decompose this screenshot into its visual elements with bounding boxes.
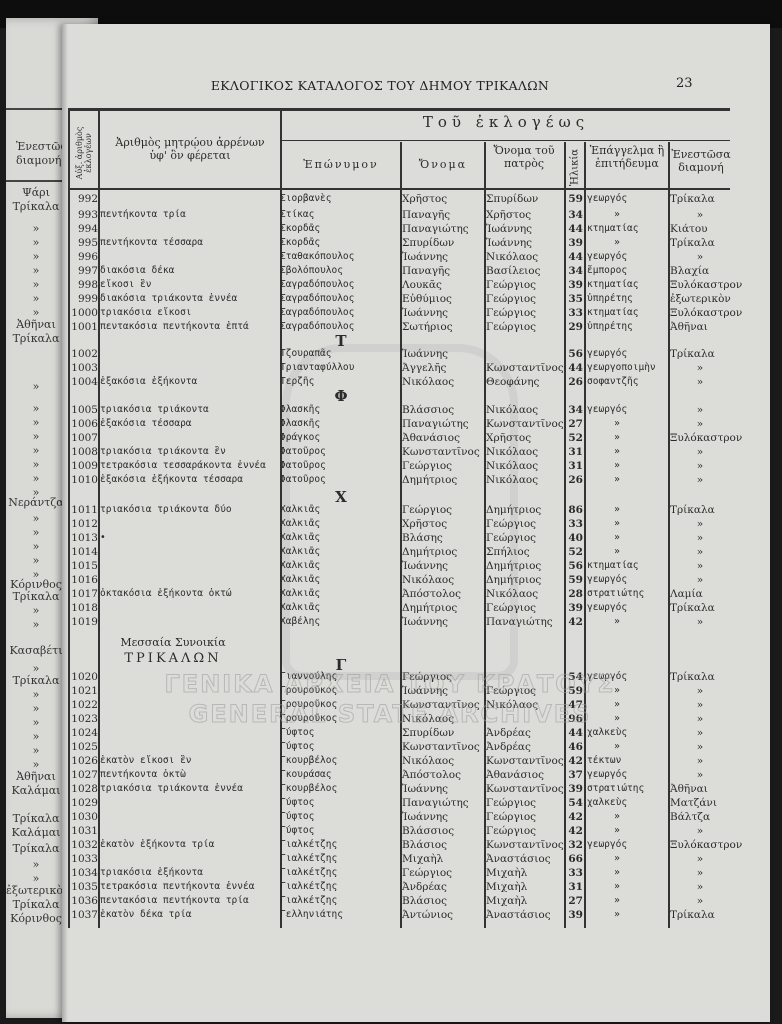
residence-cell: Ματζάνι [670, 796, 750, 810]
profession-cell: κτηματίας [587, 222, 667, 236]
archive-watermark-english: GENERAL STATE ARCHIVES [110, 700, 670, 728]
prev-residence-cell: » [6, 264, 66, 277]
age-cell: 33 [563, 517, 583, 531]
table-row: 1005τριακόσια τριάκονταΦλασκῆςΒλάσσιοςΝι… [62, 403, 770, 417]
surname-cell: Γελληνιάτης [280, 908, 398, 922]
serial-number: 1012 [68, 517, 98, 531]
surname-cell: Φατοῦρος [280, 473, 398, 487]
residence-cell: » [670, 726, 730, 740]
surname-cell: Φλασκῆς [280, 417, 398, 431]
residence-cell: » [670, 573, 730, 587]
residence-cell: Τρίκαλα [670, 670, 750, 684]
table-row: 1030ΓύφτοςἸωάννηςΓεώργιος42»Βάλτζα [62, 810, 770, 824]
father-name-header: Ὄνομα τοῦ πατρὸς [486, 144, 562, 170]
age-cell: 37 [563, 768, 583, 782]
residence-cell: Λαμία [670, 587, 750, 601]
surname-cell: Στίκας [280, 208, 398, 222]
surname-cell: Σιορβανὲς [280, 192, 398, 206]
table-row: 1011τριακόσια τριάκοντα δύοΧαλκιᾶςΓεώργι… [62, 503, 770, 517]
serial-number: 1013 [68, 531, 98, 545]
registry-number-words: πεντακόσια πεντήκοντα ἑπτά [100, 320, 300, 334]
prev-residence-cell: » [6, 416, 66, 429]
registry-number-words: πεντήκοντα τέσσαρα [100, 236, 300, 250]
surname-header: Ἐπώνυμον [282, 158, 400, 171]
age-cell: 56 [563, 347, 583, 361]
surname-cell: Γύφτος [280, 824, 398, 838]
age-cell: 42 [563, 615, 583, 629]
table-row: 1036πεντακόσια πεντήκοντα τρίαΓιαλκέτζης… [62, 894, 770, 908]
surname-cell: Σβολόπουλος [280, 264, 398, 278]
surname-cell: Χαλκιᾶς [280, 601, 398, 615]
profession-cell: γεωργός [587, 838, 667, 852]
surname-cell: Χαλκιᾶς [280, 587, 398, 601]
serial-number: 1023 [68, 712, 98, 726]
age-cell: 44 [563, 726, 583, 740]
serial-number: 997 [68, 264, 98, 278]
serial-number: 994 [68, 222, 98, 236]
age-cell: 86 [563, 503, 583, 517]
quarter-label: Μεσσαία Συνοικία [78, 636, 268, 650]
serial-number: 992 [68, 192, 98, 206]
registry-number-words: τριακόσια τριάκοντα δύο [100, 503, 300, 517]
residence-cell: » [670, 559, 730, 573]
age-cell: 39 [563, 782, 583, 796]
profession-cell: χαλκεὺς [587, 726, 667, 740]
profession-cell: » [587, 852, 647, 866]
age-cell: 44 [563, 222, 583, 236]
serial-number: 1016 [68, 573, 98, 587]
surname-cell: Σαγραδόπουλος [280, 292, 398, 306]
table-row: 1000τριακόσια εἴκοσιΣαγραδόπουλοςἸωάννης… [62, 306, 770, 320]
serial-number: 1036 [68, 894, 98, 908]
table-row: 1010ἑξακόσια ἑξήκοντα τέσσαραΦατοῦροςΔημ… [62, 473, 770, 487]
surname-cell: Τζουραπᾶς [280, 347, 398, 361]
registry-number-words: ἑκατὸν ἑξήκοντα τρία [100, 838, 300, 852]
residence-cell: » [670, 615, 730, 629]
age-cell: 52 [563, 545, 583, 559]
age-cell: 39 [563, 908, 583, 922]
surname-cell: Γιαλκέτζης [280, 838, 398, 852]
residence-cell: Τρίκαλα [670, 503, 750, 517]
serial-number: 1037 [68, 908, 98, 922]
profession-cell: γεωργοποιμὴν [587, 361, 667, 375]
page-number: 23 [676, 76, 693, 91]
serial-number: 1027 [68, 768, 98, 782]
prev-residence-cell: » [6, 292, 66, 305]
age-cell: 29 [563, 320, 583, 334]
age-cell: 31 [563, 880, 583, 894]
age-cell: 46 [563, 740, 583, 754]
profession-cell: γεωργός [587, 768, 667, 782]
prev-residence-cell: Τρίκαλα [6, 898, 66, 911]
age-cell: 66 [563, 852, 583, 866]
prev-residence-cell: Καλάμαι [6, 784, 66, 797]
profession-cell: γεωργός [587, 250, 667, 264]
serial-number: 1004 [68, 375, 98, 389]
surname-cell: Γκουρβέλος [280, 782, 398, 796]
age-cell: 42 [563, 824, 583, 838]
prev-residence-cell: » [6, 858, 66, 871]
serial-number-header-text: Αὐξ. ἀριθμὸς ἐκλογέων [75, 117, 93, 189]
residence-cell: » [670, 250, 730, 264]
residence-cell: » [670, 459, 730, 473]
surname-cell: Γιαλκέτζης [280, 880, 398, 894]
serial-number: 1032 [68, 838, 98, 852]
surname-cell: Φλασκῆς [280, 403, 398, 417]
table-row: 1002ΤζουραπᾶςἸωάννης56γεωργόςΤρίκαλα [62, 347, 770, 361]
surname-cell: Γύφτος [280, 726, 398, 740]
table-row: 1032ἑκατὸν ἑξήκοντα τρίαΓιαλκέτζηςΒλάσιο… [62, 838, 770, 852]
serial-number: 1003 [68, 361, 98, 375]
surname-cell: Σαγραδόπουλος [280, 306, 398, 320]
age-cell: 40 [563, 531, 583, 545]
profession-cell: ἔμπορος [587, 264, 667, 278]
table-row: 1029ΓύφτοςΠαναγιώτηςΓεώργιος54χαλκεὺςΜατ… [62, 796, 770, 810]
profession-cell: » [587, 417, 647, 431]
name-header: Ὄνομα [402, 158, 484, 171]
registry-number-words: ἑξακόσια ἑξήκοντα [100, 375, 300, 389]
serial-number: 995 [68, 236, 98, 250]
age-cell: 27 [563, 894, 583, 908]
prev-residence-cell: Νεράντζα [6, 496, 66, 509]
profession-cell: κτηματίας [587, 278, 667, 292]
prev-residence-cell: » [6, 702, 66, 715]
serial-number: 1011 [68, 503, 98, 517]
residence-cell: Ξυλόκαστρον [670, 278, 750, 292]
profession-cell: » [587, 236, 647, 250]
age-cell: 44 [563, 361, 583, 375]
residence-cell: » [670, 445, 730, 459]
age-cell: 44 [563, 250, 583, 264]
registry-number-header: Ἀριθμὸς μητρῴου ἀρρένων ὑφ' ὃν φέρεται [110, 136, 270, 162]
residence-cell: » [670, 740, 730, 754]
residence-cell: Τρίκαλα [670, 601, 750, 615]
serial-number: 1005 [68, 403, 98, 417]
registry-number-words: ἑκατὸν δέκα τρία [100, 908, 300, 922]
prev-residence-cell: Τρίκαλα [6, 200, 66, 213]
residence-cell: Τρίκαλα [670, 347, 750, 361]
serial-number: 1015 [68, 559, 98, 573]
surname-cell: Σταθακόπουλος [280, 250, 398, 264]
header-bottom-rule [68, 188, 730, 190]
age-cell: 31 [563, 459, 583, 473]
residence-cell: Ξυλόκαστρον [670, 306, 750, 320]
serial-number: 1009 [68, 459, 98, 473]
residence-cell: Ξυλόκαστρον [670, 431, 750, 445]
registry-number-words: διακόσια τριάκοντα ἐννέα [100, 292, 300, 306]
table-row: 1017ὀκτακόσια ἑξήκοντα ὀκτώΧαλκιᾶςἈπόστο… [62, 587, 770, 601]
serial-number: 1014 [68, 545, 98, 559]
table-row: 1007ΦράγκοςἈθανάσιοςΧρῆστος52»Ξυλόκαστρο… [62, 431, 770, 445]
residence-cell: » [670, 361, 730, 375]
table-row: 1008τριακόσια τριάκοντα ἓνΦατοῦροςΚωνστα… [62, 445, 770, 459]
registry-number-words: τριακόσια τριάκοντα [100, 403, 300, 417]
surname-cell: Γύφτος [280, 796, 398, 810]
surname-cell: Χαλκιᾶς [280, 573, 398, 587]
serial-number: 1021 [68, 684, 98, 698]
table-row: 1035τετρακόσια πεντήκοντα ἐννέαΓιαλκέτζη… [62, 880, 770, 894]
table-row: 1027πεντήκοντα ὀκτὼΓκουράσαςἈπόστολοςἈθα… [62, 768, 770, 782]
serial-number: 1029 [68, 796, 98, 810]
table-row: 1012ΧαλκιᾶςΧρῆστοςΓεώργιος33»» [62, 517, 770, 531]
table-row: 997διακόσια δέκαΣβολόπουλοςΠαναγῆςΒασίλε… [62, 264, 770, 278]
age-cell: 34 [563, 403, 583, 417]
header-top-rule [68, 108, 730, 111]
serial-number: 999 [68, 292, 98, 306]
age-cell: 59 [563, 573, 583, 587]
page-title: ΕΚΛΟΓΙΚΟΣ ΚΑΤΑΛΟΓΟΣ ΤΟΥ ΔΗΜΟΥ ΤΡΙΚΑΛΩΝ [160, 78, 600, 93]
serial-number: 1035 [68, 880, 98, 894]
residence-cell: » [670, 208, 730, 222]
profession-cell: κτηματίας [587, 559, 667, 573]
profession-cell: » [587, 908, 647, 922]
profession-cell: χαλκεὺς [587, 796, 667, 810]
profession-cell: » [587, 810, 647, 824]
table-row: 1037ἑκατὸν δέκα τρίαΓελληνιάτηςἈντώνιοςἈ… [62, 908, 770, 922]
table-row: 1026ἑκατὸν εἴκοσι ἓνΓκουρβέλοςΝικόλαοςΚω… [62, 754, 770, 768]
registry-number-words: τριακόσια τριάκοντα ἐννέα [100, 782, 300, 796]
serial-number: 1000 [68, 306, 98, 320]
profession-cell: » [587, 740, 647, 754]
residence-cell: » [670, 684, 730, 698]
prev-residence-cell: » [6, 472, 66, 485]
residence-cell: Κιάτου [670, 222, 750, 236]
surname-cell: Γιαλκέτζης [280, 866, 398, 880]
prev-residence-cell: Τρίκαλα [6, 590, 66, 603]
prev-residence-cell: Καλάμαι [6, 826, 66, 839]
residence-cell: Ξυλόκαστρον [670, 838, 750, 852]
profession-cell: ὑπηρέτης [587, 320, 667, 334]
prev-residence-cell: » [6, 222, 66, 235]
profession-cell: » [587, 531, 647, 545]
serial-number: 1022 [68, 698, 98, 712]
profession-cell: κτηματίας [587, 306, 667, 320]
table-row: 1033ΓιαλκέτζηςΜιχαὴλἈναστάσιος66»» [62, 852, 770, 866]
serial-number: 1010 [68, 473, 98, 487]
profession-cell: στρατιώτης [587, 587, 667, 601]
residence-cell: » [670, 403, 730, 417]
registry-number-words: • [100, 531, 300, 545]
prev-residence-cell: Κασαβέτι [6, 644, 66, 657]
age-cell: 28 [563, 587, 583, 601]
profession-cell: σοφαντζῆς [587, 375, 667, 389]
surname-cell: Χαλκιᾶς [280, 517, 398, 531]
surname-cell: Σαγραδόπουλος [280, 278, 398, 292]
residence-cell: » [670, 712, 730, 726]
serial-number: 998 [68, 278, 98, 292]
serial-number: 1007 [68, 431, 98, 445]
prev-residence-cell: » [6, 730, 66, 743]
registry-number-words: πεντήκοντα ὀκτὼ [100, 768, 300, 782]
residence-cell: Ἀθῆναι [670, 782, 750, 796]
surname-cell: Γιαλκέτζης [280, 852, 398, 866]
table-row: 1018ΧαλκιᾶςΔημήτριοςΓεώργιος39γεωργόςΤρί… [62, 601, 770, 615]
table-row: 1004ἑξακόσια ἑξήκονταΤερζῆςΝικόλαοςΘεοφά… [62, 375, 770, 389]
residence-cell: » [670, 545, 730, 559]
prev-residence-cell: Ἀθῆναι [6, 318, 66, 331]
prev-residence-cell: Τρίκαλα [6, 842, 66, 855]
profession-cell: » [587, 208, 647, 222]
residence-cell: » [670, 417, 730, 431]
age-cell: 26 [563, 375, 583, 389]
profession-cell: ὑπηρέτης [587, 292, 667, 306]
residence-cell: ἐξωτερικὸν [670, 292, 750, 306]
registry-number-words: τετρακόσια πεντήκοντα ἐννέα [100, 880, 300, 894]
prev-residence-cell: » [6, 250, 66, 263]
prev-residence-cell: » [6, 444, 66, 457]
profession-cell: » [587, 866, 647, 880]
residence-cell: » [670, 768, 730, 782]
prev-residence-cell: » [6, 512, 66, 525]
residence-cell: » [670, 894, 730, 908]
age-cell: 34 [563, 208, 583, 222]
profession-cell: γεωργός [587, 601, 667, 615]
table-row: 1031ΓύφτοςΒλάσσιοςΓεώργιος42»» [62, 824, 770, 838]
age-cell: 35 [563, 292, 583, 306]
profession-header: Ἐπάγγελμα ἢ ἐπιτήδευμα [588, 144, 666, 170]
residence-cell: Ἀθῆναι [670, 320, 750, 334]
age-header-text: Ἡλικία [570, 147, 581, 189]
surname-cell: Γιαλκέτζης [280, 894, 398, 908]
table-row: 998εἴκοσι ἓνΣαγραδόπουλοςΛουκᾶςΓεώργιος3… [62, 278, 770, 292]
residence-cell: » [670, 517, 730, 531]
table-row: 1024ΓύφτοςΣπυρίδωνἈνδρέας44χαλκεὺς» [62, 726, 770, 740]
residence-cell: » [670, 375, 730, 389]
table-row: 1014ΧαλκιᾶςΔημήτριοςΣπήλιος52»» [62, 545, 770, 559]
age-header: Ἡλικία [566, 148, 584, 188]
voter-group-header: Τοῦ ἐκλογέως [282, 116, 730, 129]
prev-residence-cell: Τρίκαλα [6, 812, 66, 825]
table-row: 1003ΤριανταφύλλουἈγγελῆςΚωνσταντῖνος44γε… [62, 361, 770, 375]
prev-residence-cell: » [6, 236, 66, 249]
serial-number: 1025 [68, 740, 98, 754]
profession-cell: γεωργός [587, 573, 667, 587]
table-row: 993πεντήκοντα τρίαΣτίκαςΠαναγῆςΧρῆστος34… [62, 208, 770, 222]
serial-number: 1002 [68, 347, 98, 361]
prev-residence-cell: » [6, 744, 66, 757]
prev-residence-cell: » [6, 380, 66, 393]
table-row: 1006ἑξακόσια τέσσαραΦλασκῆςΠαναγιώτηςΚων… [62, 417, 770, 431]
archive-watermark-greek: ΓΕΝΙΚΑ ΑΡΧΕΙΑ ΤΟΥ ΚΡΑΤΟΥΣ [110, 670, 670, 698]
age-cell: 39 [563, 236, 583, 250]
residence-cell: » [670, 852, 730, 866]
registry-number-words: πεντήκοντα τρία [100, 208, 300, 222]
profession-cell: » [587, 880, 647, 894]
profession-cell: » [587, 894, 647, 908]
profession-cell: » [587, 431, 647, 445]
residence-cell: » [670, 754, 730, 768]
prev-residence-cell: ἐξωτερικὸν [6, 884, 66, 897]
age-cell: 39 [563, 601, 583, 615]
prev-residence-cell: » [6, 540, 66, 553]
surname-cell: Χαβέλης [280, 615, 398, 629]
serial-number: 1008 [68, 445, 98, 459]
profession-cell: τέκτων [587, 754, 667, 768]
profession-cell: » [587, 517, 647, 531]
surname-cell: Χαλκιᾶς [280, 503, 398, 517]
registry-number-words: τριακόσια εἴκοσι [100, 306, 300, 320]
surname-cell: Σκορδᾶς [280, 222, 398, 236]
registry-number-words: ὀκτακόσια ἑξήκοντα ὀκτώ [100, 587, 300, 601]
surname-cell: Γύφτος [280, 740, 398, 754]
surname-cell: Χαλκιᾶς [280, 531, 398, 545]
serial-number: 1034 [68, 866, 98, 880]
serial-number: 1017 [68, 587, 98, 601]
registry-number-words: τετρακόσια τεσσαράκοντα ἐννέα [100, 459, 300, 473]
surname-cell: Σαγραδόπουλος [280, 320, 398, 334]
residence-cell: Τρίκαλα [670, 192, 750, 206]
prev-residence-cell: » [6, 688, 66, 701]
profession-cell: » [587, 459, 647, 473]
age-cell: 31 [563, 445, 583, 459]
prev-residence-cell: » [6, 458, 66, 471]
profession-cell: » [587, 545, 647, 559]
prev-residence-cell: Κόρινθος [6, 912, 66, 925]
registry-number-words: τριακόσια τριάκοντα ἓν [100, 445, 300, 459]
prev-residence-cell: » [6, 554, 66, 567]
table-row: 992ΣιορβανὲςΧρῆστοςΣπυρίδων59γεωργόςΤρίκ… [62, 192, 770, 206]
residence-cell: » [670, 880, 730, 894]
age-cell: 33 [563, 866, 583, 880]
serial-number: 1006 [68, 417, 98, 431]
surname-cell: Φράγκος [280, 431, 398, 445]
registry-number-words: τριακόσια ἑξήκοντα [100, 866, 300, 880]
surname-cell: Φατοῦρος [280, 445, 398, 459]
surname-cell: Γκουρβέλος [280, 754, 398, 768]
serial-number: 1030 [68, 810, 98, 824]
surname-cell: Γύφτος [280, 810, 398, 824]
prev-residence-cell: » [6, 618, 66, 631]
table-row: 995πεντήκοντα τέσσαραΣκορδᾶςΣπυρίδωνἸωάν… [62, 236, 770, 250]
table-row: 999διακόσια τριάκοντα ἐννέαΣαγραδόπουλος… [62, 292, 770, 306]
registry-number-words: ἑξακόσια ἑξήκοντα τέσσαρα [100, 473, 300, 487]
surname-cell: Χαλκιᾶς [280, 545, 398, 559]
prev-residence-cell: » [6, 716, 66, 729]
table-row: 1013•ΧαλκιᾶςΒλάσηςΓεώργιος40»» [62, 531, 770, 545]
residence-header: Ἐνεστῶσα διαμονή [668, 148, 734, 174]
registry-number-words: πεντακόσια πεντήκοντα τρία [100, 894, 300, 908]
prev-residence-cell: Τρίκαλα [6, 674, 66, 687]
surname-cell: Τερζῆς [280, 375, 398, 389]
quarter-city: ΤΡΙΚΑΛΩΝ [78, 652, 268, 666]
profession-cell: » [587, 473, 647, 487]
serial-number: 1020 [68, 670, 98, 684]
table-row: 1034τριακόσια ἑξήκονταΓιαλκέτζηςΓεώργιος… [62, 866, 770, 880]
table-row: 1015ΧαλκιᾶςἸωάννηςΔημήτριος56κτηματίας» [62, 559, 770, 573]
table-row: 994ΣκορδᾶςΠαναγιώτηςἸωάννης44κτηματίαςΚι… [62, 222, 770, 236]
table-row: 1019ΧαβέληςἸωάννηςΠαναγιώτης42»» [62, 615, 770, 629]
serial-number: 1024 [68, 726, 98, 740]
profession-cell: » [587, 445, 647, 459]
surname-cell: Σκορδᾶς [280, 236, 398, 250]
profession-cell: γεωργός [587, 347, 667, 361]
residence-cell: » [670, 473, 730, 487]
surname-cell: Φατοῦρος [280, 459, 398, 473]
residence-cell: Βλαχία [670, 264, 750, 278]
age-cell: 27 [563, 417, 583, 431]
prev-residence-cell: » [6, 278, 66, 291]
serial-number-header: Αὐξ. ἀριθμὸς ἐκλογέων [72, 118, 98, 188]
prev-residence-cell: Τρίκαλα [6, 332, 66, 345]
serial-number: 993 [68, 208, 98, 222]
registry-number-words: διακόσια δέκα [100, 264, 300, 278]
profession-cell: γεωργός [587, 403, 667, 417]
surname-cell: Χαλκιᾶς [280, 559, 398, 573]
age-cell: 42 [563, 754, 583, 768]
prev-residence-cell: » [6, 430, 66, 443]
age-cell: 39 [563, 278, 583, 292]
name-cell: Ἰωάννης [402, 347, 502, 361]
